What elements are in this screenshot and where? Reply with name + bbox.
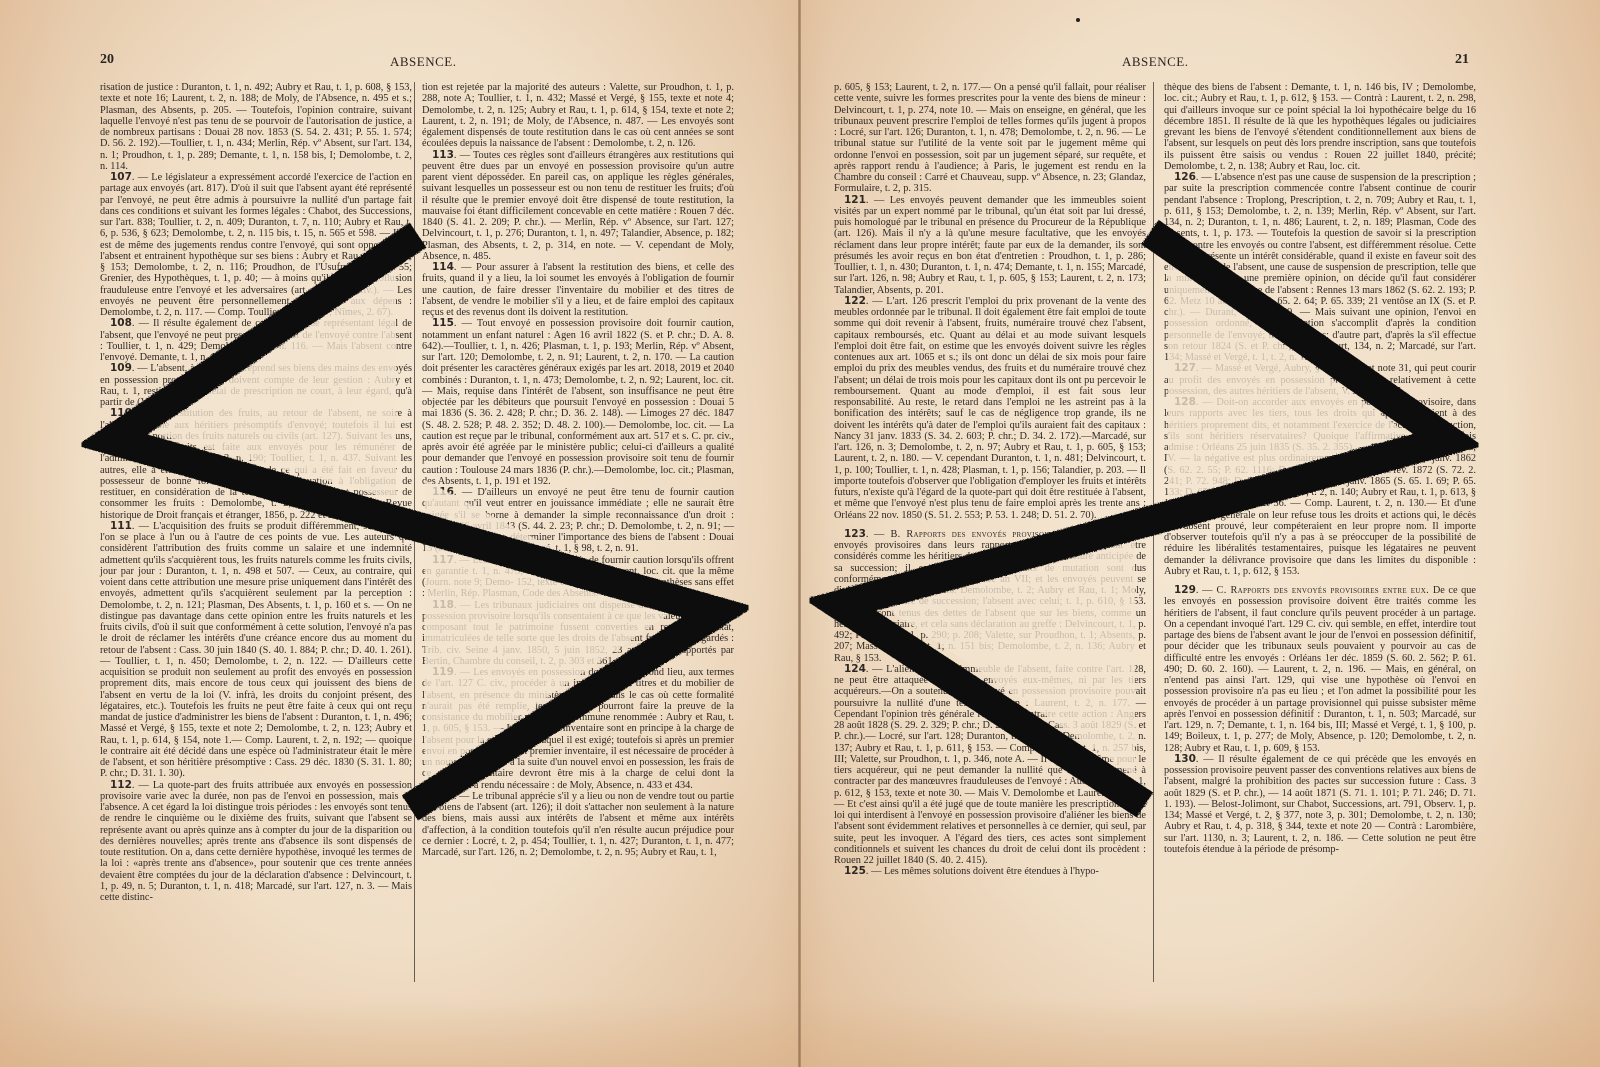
article-text: — Les envoyés en possession doivent en s… [422, 667, 734, 791]
article-paragraph: 120. — Le tribunal apprécie s'il y a lie… [422, 791, 734, 859]
page-edge-tint [0, 997, 800, 1067]
article-paragraph: 114. — Pour assurer à l'absent la restit… [422, 262, 734, 318]
article-paragraph: 129. — C. Rapports des envoyés provisoir… [1164, 585, 1476, 754]
article-text: thèque des biens de l'absent : Demante, … [1164, 82, 1476, 172]
page-number-left: 20 [100, 52, 114, 68]
article-text: — L'acquisition des fruits se produit di… [100, 521, 412, 780]
article-number: 114 [432, 261, 454, 273]
article-number: 116 [432, 486, 454, 498]
article-paragraph: 107. — Le législateur a expressément acc… [100, 172, 412, 318]
article-number: 123 [844, 528, 866, 540]
left-page: 20 ABSENCE. risation de justice : Durant… [0, 0, 800, 1067]
article-number: 120 [432, 790, 454, 802]
column-rule-left [414, 82, 415, 982]
article-text: — L'absent, à son retour, reprend ses bi… [100, 363, 412, 408]
article-number: 128 [1174, 396, 1196, 408]
article-text: — Les envoyés sont dispensés de fournir … [422, 555, 734, 600]
article-number: 127 [1174, 362, 1196, 374]
article-text: risation de justice : Duranton, t. 1, n.… [100, 82, 412, 172]
article-number: 119 [432, 666, 454, 678]
article-paragraph: risation de justice : Duranton, t. 1, n.… [100, 82, 412, 172]
article-text: — Les mêmes solutions doivent être étend… [871, 866, 1099, 877]
article-text: — D'ailleurs un envoyé ne peut être tenu… [422, 487, 734, 554]
book-gutter [798, 0, 801, 1067]
article-text: — Le législateur a expressément accordé … [100, 172, 412, 318]
article-text: — L'absence n'est pas une cause de suspe… [1164, 172, 1476, 363]
article-number: 122 [844, 295, 866, 307]
article-number: 115 [432, 317, 454, 329]
article-text: — L'art. 126 prescrit l'emploi du prix p… [834, 296, 1146, 521]
article-text: — Massé et Vergé, Aubry, § 153, texte et… [1164, 363, 1476, 397]
article-text: Les envoyés provisoires dans leurs rappo… [834, 529, 1146, 664]
page-number-right: 21 [1455, 52, 1469, 68]
article-number: 125 [844, 865, 866, 877]
running-head-left: ABSENCE. [390, 54, 456, 70]
article-paragraph: 118. — Les tribunaux judiciaires ont dis… [422, 600, 734, 668]
article-text: tion est rejetée par la majorité des aut… [422, 82, 734, 149]
article-paragraph: 128. — Doit-on accorder aux envoyés en p… [1164, 397, 1476, 577]
article-number: 111 [110, 520, 132, 532]
article-paragraph: 116. — D'ailleurs un envoyé ne peut être… [422, 487, 734, 555]
article-text: — La restitution des fruits, au retour d… [100, 408, 412, 520]
article-number: 107 [110, 171, 132, 183]
article-paragraph: 115. — Tout envoyé en possession proviso… [422, 318, 734, 487]
running-head-right: ABSENCE. [1122, 54, 1188, 70]
article-text: — Doit-on accorder aux envoyés en posses… [1164, 397, 1476, 577]
ink-speck [1076, 18, 1080, 22]
article-number: 113 [432, 149, 454, 161]
article-paragraph: 123. — B. Rapports des envoyés provisoir… [834, 529, 1146, 664]
article-paragraph: 125. — Les mêmes solutions doivent être … [834, 866, 1146, 877]
article-paragraph: tion est rejetée par la majorité des aut… [422, 82, 734, 150]
article-text: — Les tribunaux judiciaires ont dispensé… [422, 600, 734, 667]
article-number: 118 [432, 599, 454, 611]
article-paragraph: 113. — Toutes ces règles sont d'ailleurs… [422, 150, 734, 263]
article-paragraph: 117. — Les envoyés sont dispensés de fou… [422, 555, 734, 600]
article-text: — L'aliénation d'un immeuble de l'absent… [834, 664, 1146, 866]
article-number: 124 [844, 663, 866, 675]
article-text: — Pour assurer à l'absent la restitution… [422, 262, 734, 318]
article-paragraph: 126. — L'absence n'est pas une cause de … [1164, 172, 1476, 363]
article-number: 108 [110, 317, 132, 329]
article-text: — Toutes ces règles sont d'ailleurs étra… [422, 150, 734, 262]
left-page-column-1: risation de justice : Duranton, t. 1, n.… [100, 82, 412, 903]
article-number: 112 [110, 779, 132, 791]
article-number: 117 [432, 554, 454, 566]
article-text: De ce que les envoyés en possession prov… [1164, 585, 1476, 754]
section-heading: — B. Rapports des envoyés provisoires et… [874, 529, 1131, 540]
section-heading: — C. Rapports des envoyés provisoires en… [1202, 585, 1433, 596]
book-spread: 20 ABSENCE. risation de justice : Durant… [0, 0, 1600, 1067]
article-paragraph: 121. — Les envoyés peuvent demander que … [834, 195, 1146, 296]
left-page-column-2: tion est rejetée par la majorité des aut… [422, 82, 734, 858]
article-paragraph: 110. — La restitution des fruits, au ret… [100, 408, 412, 521]
article-paragraph: 119. — Les envoyés en possession doivent… [422, 667, 734, 791]
article-paragraph: 124. — L'aliénation d'un immeuble de l'a… [834, 664, 1146, 867]
article-paragraph: 108. — Il résulte également de ce caract… [100, 318, 412, 363]
article-number: 129 [1174, 584, 1196, 596]
article-text: — Le tribunal apprécie s'il y a lieu ou … [422, 791, 734, 858]
article-text: — Tout envoyé en possession provisoire d… [422, 318, 734, 487]
article-number: 121 [844, 194, 866, 206]
article-number: 126 [1174, 171, 1196, 183]
article-paragraph: 127. — Massé et Vergé, Aubry, § 153, tex… [1164, 363, 1476, 397]
article-paragraph: 109. — L'absent, à son retour, reprend s… [100, 363, 412, 408]
article-paragraph: 111. — L'acquisition des fruits se produ… [100, 521, 412, 780]
article-paragraph: p. 605, § 153; Laurent, t. 2, n. 177.— O… [834, 82, 1146, 195]
article-paragraph: 112. — La quote-part des fruits attribué… [100, 780, 412, 904]
right-page-column-2: thèque des biens de l'absent : Demante, … [1164, 82, 1476, 855]
article-text: p. 605, § 153; Laurent, t. 2, n. 177.— O… [834, 82, 1146, 194]
page-edge-tint [800, 997, 1600, 1067]
article-paragraph: thèque des biens de l'absent : Demante, … [1164, 82, 1476, 172]
article-text: — Il résulte également de ce caractère d… [100, 318, 412, 363]
article-number: 110 [110, 407, 132, 419]
article-paragraph: 122. — L'art. 126 prescrit l'emploi du p… [834, 296, 1146, 521]
article-number: 130 [1174, 753, 1196, 765]
right-page: ABSENCE. 21 p. 605, § 153; Laurent, t. 2… [800, 0, 1600, 1067]
article-paragraph: 130. — Il résulte également de ce qui pr… [1164, 754, 1476, 855]
article-text: — La quote-part des fruits attribuée aux… [100, 780, 412, 904]
article-text: — Les envoyés peuvent demander que les i… [834, 195, 1146, 296]
article-text: — Il résulte également de ce qui précède… [1164, 754, 1476, 855]
article-number: 109 [110, 362, 132, 374]
column-rule-right [1153, 82, 1154, 982]
right-page-column-1: p. 605, § 153; Laurent, t. 2, n. 177.— O… [834, 82, 1146, 878]
